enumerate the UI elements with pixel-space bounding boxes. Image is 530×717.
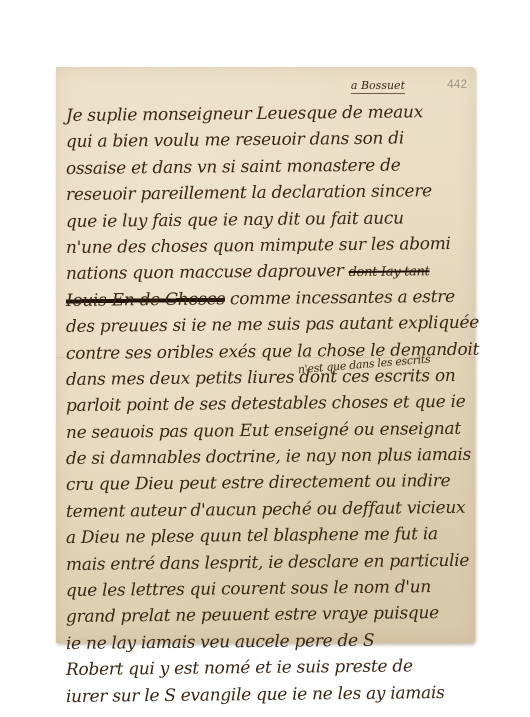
text-line: des preuues si ie ne me suis pas autant … (66, 310, 467, 341)
line-text: iurer sur le S evangile que ie ne les ay… (66, 683, 445, 707)
line-text: cru que Dieu peut estre directement ou i… (66, 471, 451, 495)
text-line: reseuoir pareillement la declaration sin… (66, 178, 467, 209)
line-text: grand prelat ne peuuent estre vraye puis… (66, 604, 439, 628)
text-line: iurer sur le S evangile que ie ne les ay… (66, 679, 467, 710)
folio-number: 442 (447, 77, 467, 91)
text-line: grand prelat ne peuuent estre vraye puis… (66, 600, 467, 631)
text-line: qui a bien voulu me reseuoir dans son di (66, 125, 467, 156)
text-line: cru que Dieu peut estre directement ou i… (66, 468, 467, 499)
text-line: que ie luy fais que ie nay dit ou fait a… (66, 204, 467, 235)
line-text: qui a bien voulu me reseuoir dans son di (66, 129, 404, 153)
struck-through-text: dont Iay tant (349, 265, 430, 281)
line-text: Je suplie monseigneur Leuesque de meaux (66, 102, 423, 126)
line-text: ossaise et dans vn si saint monastere de (66, 155, 401, 179)
line-text: ie ne lay iamais veu aucele pere de S (66, 631, 375, 654)
line-text: ne seauois pas quon Eut enseigné ou ense… (66, 419, 461, 443)
line-text: que les lettres qui courent sous le nom … (66, 577, 431, 601)
manuscript-text: Je suplie monseigneur Leuesque de meaux … (66, 103, 467, 710)
line-text: de si damnables doctrine, ie nay non plu… (66, 445, 471, 469)
line-text: a Dieu ne plese quun tel blasphene me fu… (66, 524, 438, 548)
text-line: parloit point de ses detestables choses … (66, 389, 467, 420)
line-text: tement auteur d'aucun peché ou deffaut v… (66, 498, 465, 522)
line-text: parloit point de ses detestables choses … (66, 392, 466, 416)
line-text: n'une des choses quon mimpute sur les ab… (66, 234, 451, 258)
line-text: que ie luy fais que ie nay dit ou fait a… (66, 208, 404, 232)
text-line: a Dieu ne plese quun tel blasphene me fu… (66, 521, 467, 552)
text-line: Robert qui y est nomé et ie suis preste … (66, 653, 467, 684)
line-text: des preuues si ie ne me suis pas autant … (66, 313, 479, 337)
header-annotation: a Bossuet (351, 79, 405, 94)
manuscript-page: a Bossuet 442 Je suplie monseigneur Leue… (56, 67, 475, 643)
line-text: Robert qui y est nomé et ie suis preste … (66, 657, 413, 681)
text-line: nations quon maccuse daprouver dont Iay … (66, 257, 467, 288)
line-text: nations quon maccuse daprouver (66, 261, 349, 284)
line-text: reseuoir pareillement la declaration sin… (66, 181, 432, 205)
line-text: comme incessantes a estre (225, 287, 455, 309)
line-text: mais entré dans lesprit, ie desclare en … (66, 550, 469, 574)
blotted-out-text: Iouis En de Choses (66, 289, 225, 311)
